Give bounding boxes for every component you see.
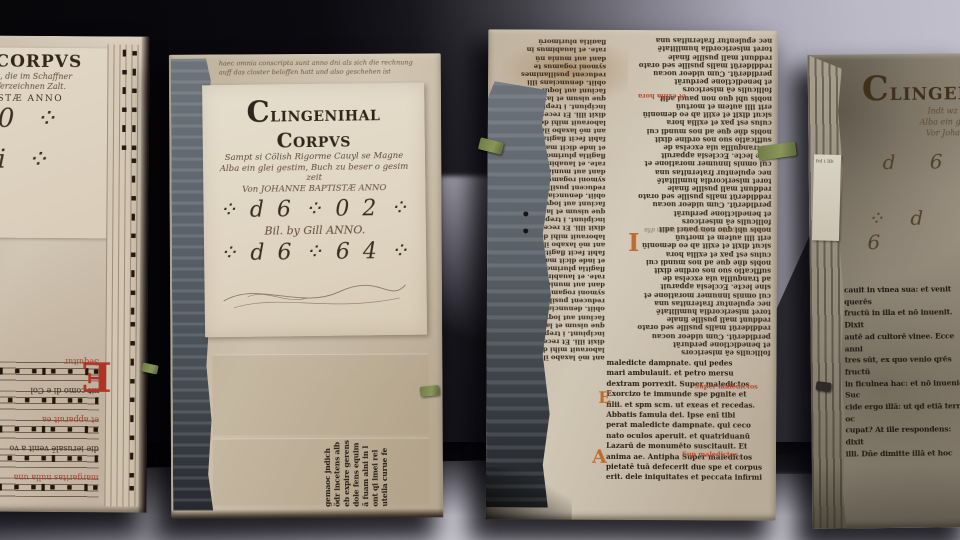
book2-hand-line: Alba ein glei gestim, Buch zu beser o ge… [211,161,417,185]
book1-red-initial-E: E [81,352,112,399]
book3-orange-initial-A: A [592,446,607,468]
book2-hand-line: Von JOHANNE BAPTISTÆ ANNO [211,182,417,195]
book4-bottom-weathering [812,463,960,529]
book2-label-title: Clingenihal Corpvs [210,93,417,154]
book3-exorcism-text-block: maledicte dampnate. qui pedes mari ambul… [606,358,773,495]
book3-orange-initial-E: E [598,388,610,407]
book2-printed-fragment-rotated: gemaoc jndich ödr incetens alb eb expire… [323,409,436,507]
book4-date-figures: d 6 [883,149,957,174]
book4-paper-fragment: fol i lib [812,154,841,241]
book3-sewing-holes [523,211,528,216]
book4-hand-line: Indt wz ge [870,105,960,117]
book2-green-tie [420,385,440,397]
book3-text-column-right-inverted: folliculis eā misericors et benedictione… [609,36,773,357]
book4-dark-tie [815,381,831,392]
photograph-four-archive-books: AL CORPVS die Canct, die im Schaffner un… [0,0,960,540]
music-neumes: ▪▮ ▪ ▪▮▪ ▪ ▮▪ ▪▪ ▮ ▪ [0,423,99,434]
book4-date-figures: ⁘ d 6 [867,205,960,254]
book3-red-rubric: Sup maledictos [682,450,738,458]
book1-anno-line: BAPTISTÆ ANNO [0,93,103,104]
book4-title: Clingen [862,67,960,108]
book3-red-rubric: et exilia hora [638,92,686,100]
book3-red-rubric: Super maledictos [694,382,757,390]
book3-manuscript-waste-cover: ant mō laxabo īlam uita laborauit mihi d… [486,29,779,521]
book4-handwriting: Indt wz ge Alba ein guc Vor Johann [870,105,960,139]
book1-hand-fragment: in [0,133,103,145]
book1-hand-line: die Canct, die im Schaffner [0,71,103,82]
book3-orange-initial-I: I [628,228,639,257]
music-rubric: et apparuit ea [0,414,99,424]
book1-date-figures: 6 i ⁘ [0,144,103,175]
book2-bottom-edge [171,508,443,518]
music-neumes: ▮ ▪▪ ▮▪ ▪ ▪ ▮▪▪ ▪ ▮ ▪ [0,452,99,463]
book2-pen-flourish [217,273,413,317]
music-text-line: die ierusalē venit a vo [0,443,99,453]
book4-weathered-cover: fol i lib Clingen Indt wz ge Alba ein gu… [808,53,960,529]
book1-paper-label: AL CORPVS die Canct, die im Schaffner un… [0,47,110,238]
book4-hand-line: Alba ein guc [870,116,960,128]
book1-antiphonal-cover: AL CORPVS die Canct, die im Schaffner un… [0,35,150,512]
book2-top-handwriting: haec omnia conscripta sunt anno dni als … [219,58,427,85]
book1-label-title: AL CORPVS [0,51,104,72]
book2-title-label: Clingenihal Corpvs Sampt si Cölish Rigor… [202,83,427,338]
book1-date-figures: 6 0 ⁘ [0,103,103,134]
book4-hand-line: Vor Johann [870,127,960,139]
book1-vertical-music-strip: ▪ ▮ ▪ ▪ ▮ ▪▪ ▮ ▪ ▮ ▪ ▪ ▮ ▪ ▮▪ ▪ ▮ ▪ ▪ ▮ … [104,44,141,506]
book2-date-1602: ⁘ d 6 ⁘ 0 2 ⁘ [211,196,417,224]
book3-bottom-shadow [486,467,572,519]
book2-hand-line: Bil. by Gill ANNO. [212,223,418,239]
book2-date-1604: ⁘ d 6 ⁘ 6 4 ⁘ [212,239,418,267]
book4-printed-gothic-text: cauit in vinea sua: et venit querēs fruc… [844,283,960,462]
music-neumes: ▪▮ ▪ ▪▮▪ ▪ ▮▪ ▪▪ ▮ ▪ [0,481,99,492]
book2-clingenthal-corpus-1602: haec omnia conscripta sunt anno dni als … [169,53,443,518]
music-rubric: margaritas nulla una [0,472,99,482]
book1-hand-line: und zur Verzeichnen Zalt. [0,81,103,92]
book4-spine-edge [808,54,847,528]
